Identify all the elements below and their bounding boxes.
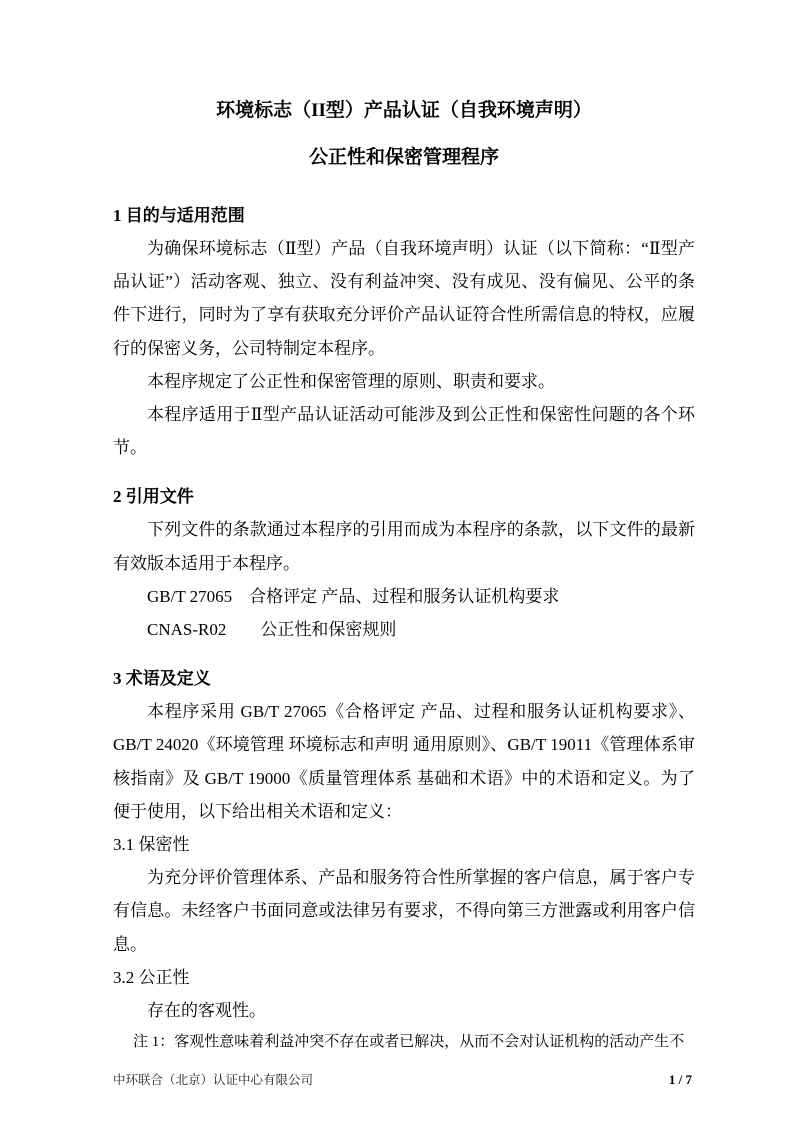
term-3-2-heading: 3.2 公正性 <box>113 961 695 994</box>
section-3-intro: 本程序采用 GB/T 27065《合格评定 产品、过程和服务认证机构要求》、GB… <box>113 695 695 828</box>
section-1-heading: 1 目的与适用范围 <box>113 199 695 232</box>
footer-company-name: 中环联合（北京）认证中心有限公司 <box>113 1070 313 1088</box>
reference-item-gbt27065: GB/T 27065 合格评定 产品、过程和服务认证机构要求 <box>113 580 695 613</box>
term-3-1-heading: 3.1 保密性 <box>113 828 695 861</box>
reference-item-cnas-r02: CNAS-R02 公正性和保密规则 <box>113 613 695 646</box>
section-2-intro: 下列文件的条款通过本程序的引用而成为本程序的条款，以下文件的最新有效版本适用于本… <box>113 513 695 579</box>
document-content: 环境标志（II型）产品认证（自我环境声明） 公正性和保密管理程序 1 目的与适用… <box>113 0 695 1058</box>
page-footer: 中环联合（北京）认证中心有限公司 1 / 7 <box>113 1070 695 1088</box>
term-3-2-note: 注 1：客观性意味着利益冲突不存在或者已解决，从而不会对认证机构的活动产生不 <box>133 1027 695 1058</box>
term-3-2-definition: 存在的客观性。 <box>113 994 695 1027</box>
section-1-paragraph-2: 本程序规定了公正性和保密管理的原则、职责和要求。 <box>113 365 695 398</box>
document-title-line-1: 环境标志（II型）产品认证（自我环境声明） <box>113 87 695 134</box>
section-3-heading: 3 术语及定义 <box>113 662 695 695</box>
footer-page-number: 1 / 7 <box>669 1072 692 1088</box>
section-1-paragraph-3: 本程序适用于Ⅱ型产品认证活动可能涉及到公正性和保密性问题的各个环节。 <box>113 398 695 464</box>
document-page: 环境标志（II型）产品认证（自我环境声明） 公正性和保密管理程序 1 目的与适用… <box>0 0 808 1142</box>
section-2-heading: 2 引用文件 <box>113 480 695 513</box>
section-1-paragraph-1: 为确保环境标志（Ⅱ型）产品（自我环境声明）认证（以下简称：“Ⅱ型产品认证”）活动… <box>113 232 695 365</box>
document-title: 环境标志（II型）产品认证（自我环境声明） 公正性和保密管理程序 <box>113 87 695 181</box>
document-title-line-2: 公正性和保密管理程序 <box>113 134 695 181</box>
term-3-1-definition: 为充分评价管理体系、产品和服务符合性所掌握的客户信息，属于客户专有信息。未经客户… <box>113 861 695 961</box>
